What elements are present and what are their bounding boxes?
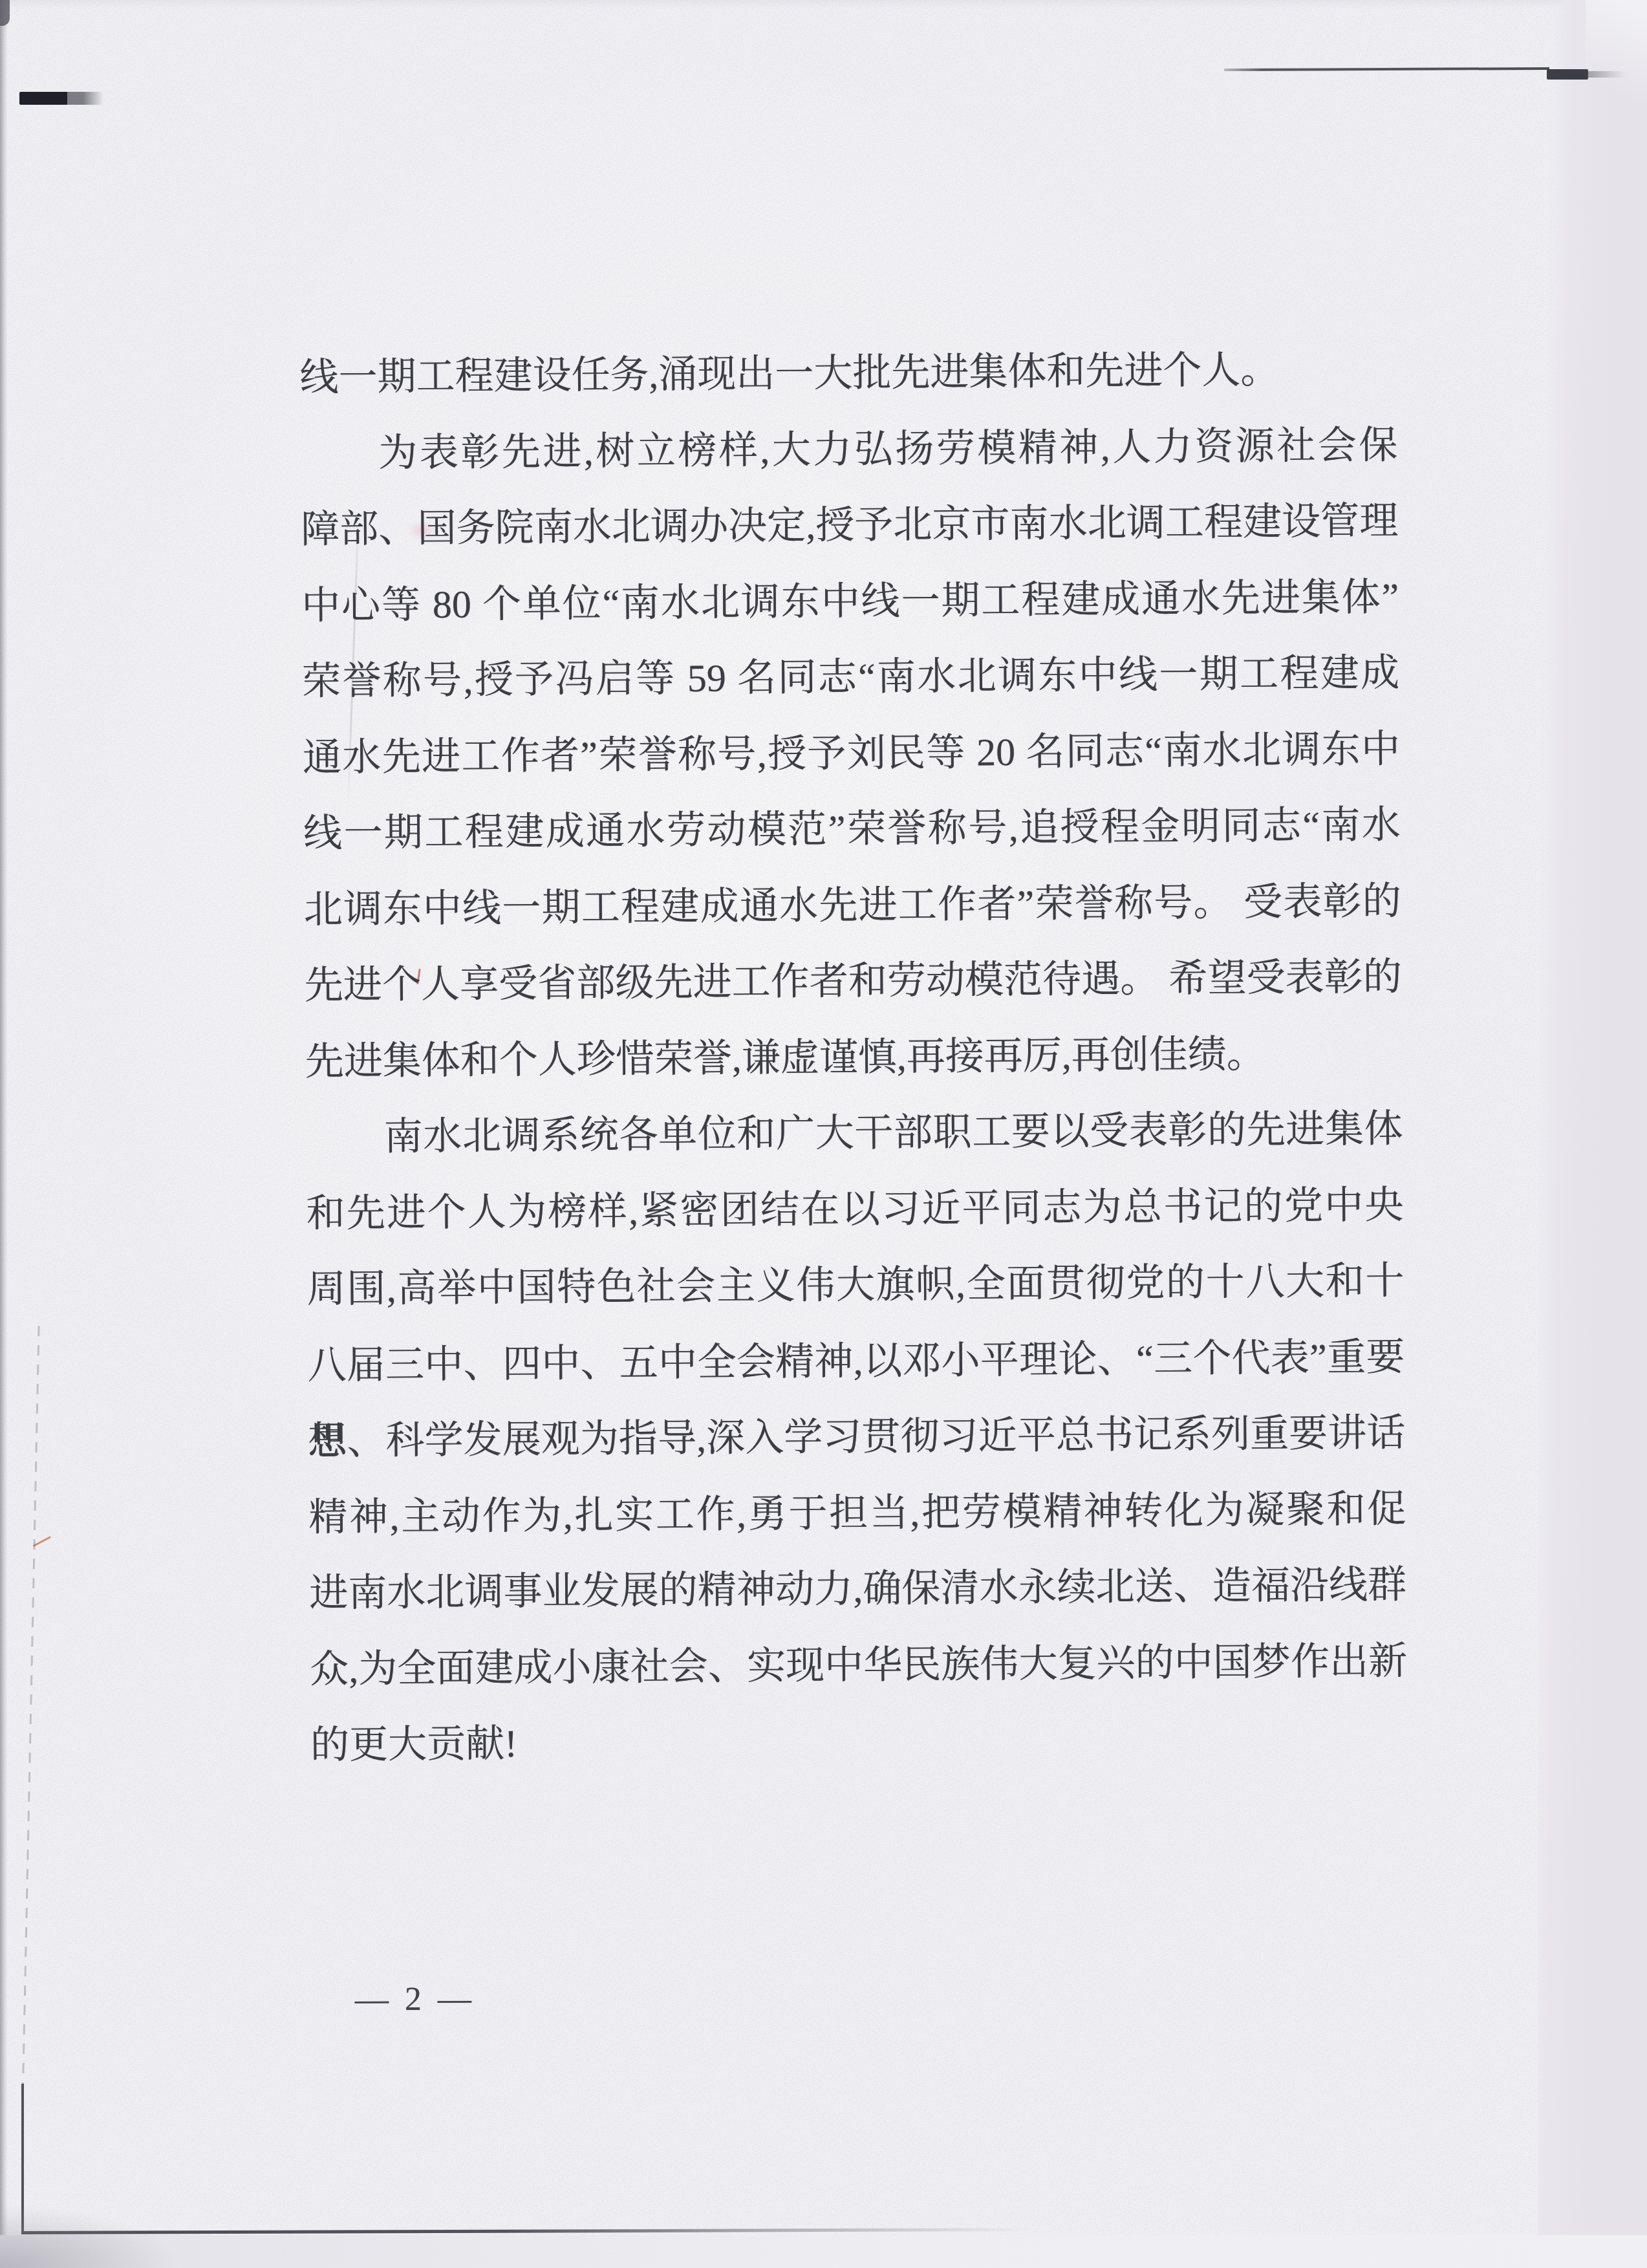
text-line: 障部、国务院南水北调办决定,授予北京市南水北调工程建设管理 xyxy=(301,483,1399,568)
text-line: 通水先进工作者”荣誉称号,授予刘民等 20 名同志“南水北调东中 xyxy=(303,711,1401,796)
top-right-thick-bar-mark xyxy=(1547,69,1588,80)
text-line: 的更大贡献! xyxy=(310,1699,1408,1784)
text-line: 精神,主动作为,扎实工作,勇于担当,把劳模精神转化为凝聚和促 xyxy=(308,1471,1406,1556)
top-left-black-bar-mark xyxy=(19,92,105,105)
copy-border-left-dashed xyxy=(22,1326,40,2086)
paper-right-edge-shadow xyxy=(1538,0,1647,2268)
text-line: 先进集体和个人珍惜荣誉,谦虚谨慎,再接再厉,再创佳绩。 xyxy=(305,1015,1403,1100)
top-right-thin-line-mark xyxy=(1224,67,1549,71)
text-line: 线一期工程建设任务,涌现出一大批先进集体和先进个人。 xyxy=(299,331,1397,416)
text-line: 想、科学发展观为指导,深入学习贯彻习近平总书记系列重要讲话 xyxy=(308,1395,1406,1480)
text-line: 为表彰先进,树立榜样,大力弘扬劳模精神,人力资源社会保 xyxy=(300,407,1398,492)
text-line: 荣誉称号,授予冯启等 59 名同志“南水北调东中线一期工程建成 xyxy=(302,635,1400,720)
top-right-bar-tail xyxy=(1588,71,1625,78)
bottom-edge-shadow xyxy=(0,2235,1647,2268)
body-text: 线一期工程建设任务,涌现出一大批先进集体和先进个人。为表彰先进,树立榜样,大力弘… xyxy=(299,331,1408,1784)
top-left-edge-corner xyxy=(0,0,10,26)
text-line: 中心等 80 个单位“南水北调东中线一期工程建成通水先进集体” xyxy=(301,559,1399,644)
text-line: 和先进个人为榜样,紧密团结在以习近平同志为总书记的党中央 xyxy=(306,1167,1404,1252)
page-number: — 2 — xyxy=(331,1980,499,2019)
text-line: 先进个人享受省部级先进工作者和劳动模范待遇。 希望受表彰的 xyxy=(304,939,1402,1024)
bottom-left-corner-shadow xyxy=(0,2199,194,2268)
orange-pen-tick xyxy=(33,1536,51,1547)
text-line: 众,为全面建成小康社会、实现中华民族伟大复兴的中国梦作出新 xyxy=(310,1623,1408,1708)
text-line: 北调东中线一期工程建成通水先进工作者”荣誉称号。 受表彰的 xyxy=(303,863,1401,948)
scanned-page: 线一期工程建设任务,涌现出一大批先进集体和先进个人。为表彰先进,树立榜样,大力弘… xyxy=(0,0,1647,2268)
left-scanner-edge xyxy=(0,0,8,2268)
text-line: 周围,高举中国特色社会主义伟大旗帜,全面贯彻党的十八大和十 xyxy=(307,1243,1405,1328)
text-line: 线一期工程建成通水劳动模范”荣誉称号,追授程金明同志“南水 xyxy=(303,787,1401,872)
top-right-paper-sliver xyxy=(1586,0,1647,116)
text-line: 南水北调系统各单位和广大干部职工要以受表彰的先进集体 xyxy=(305,1091,1403,1176)
text-line: 进南水北调事业发展的精神动力,确保清水永续北送、造福沿线群 xyxy=(309,1547,1407,1632)
text-line: 八届三中、四中、五中全会精神,以邓小平理论、“三个代表”重要思 xyxy=(307,1319,1405,1404)
